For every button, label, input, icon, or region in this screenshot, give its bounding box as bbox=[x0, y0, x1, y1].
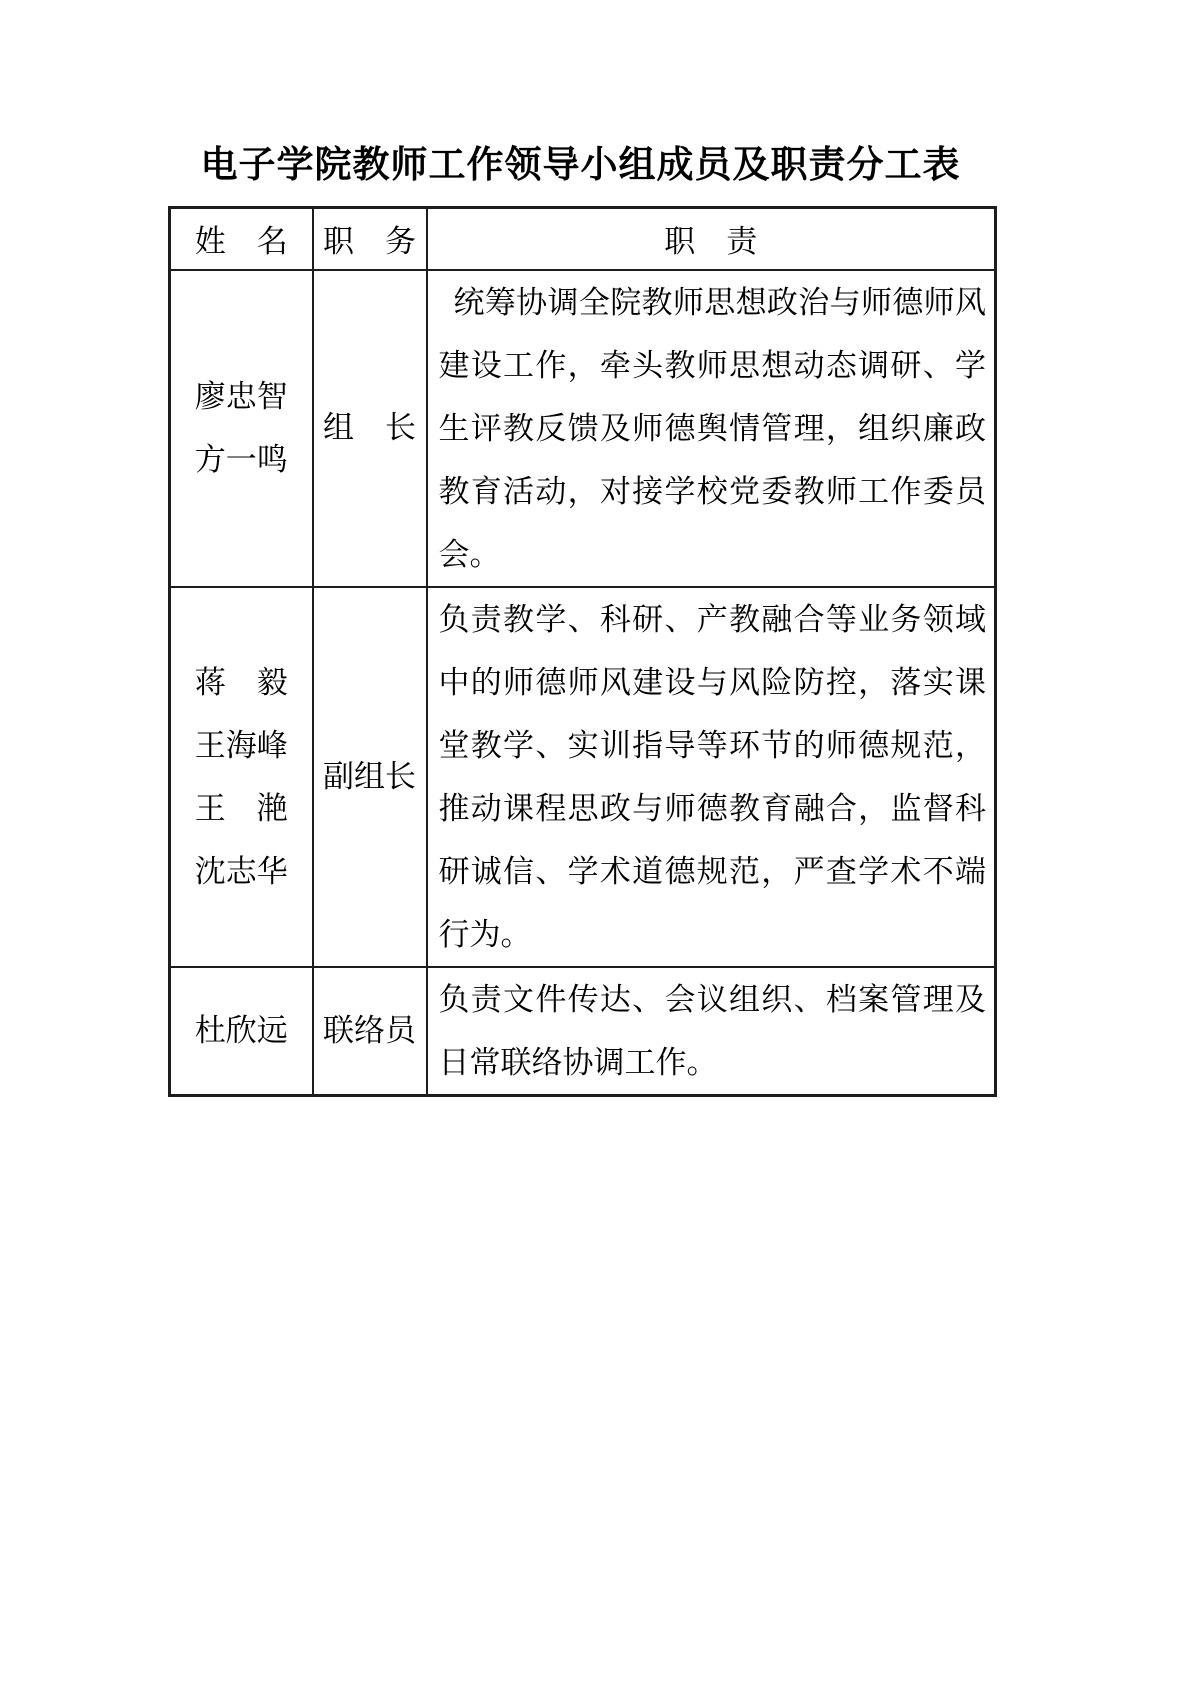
member-names: 廖忠智 方一鸣 bbox=[170, 270, 313, 587]
member-position: 副组长 bbox=[313, 587, 427, 967]
member-name: 方一鸣 bbox=[171, 428, 312, 491]
member-name: 廖忠智 bbox=[171, 365, 312, 428]
document-title: 电子学院教师工作领导小组成员及职责分工表 bbox=[168, 134, 993, 188]
header-cell-name: 姓 名 bbox=[170, 208, 313, 270]
member-names: 蒋 毅 王海峰 王 滟 沈志华 bbox=[170, 587, 313, 967]
member-name: 蒋 毅 bbox=[171, 651, 312, 714]
table-row-deputy: 蒋 毅 王海峰 王 滟 沈志华 副组长 负责教学、科研、产教融合等业务领域中的师… bbox=[170, 587, 996, 967]
member-position: 组 长 bbox=[313, 270, 427, 587]
member-names: 杜欣远 bbox=[170, 967, 313, 1096]
header-cell-duty: 职 责 bbox=[427, 208, 996, 270]
member-name: 杜欣远 bbox=[171, 999, 312, 1062]
document-page: 电子学院教师工作领导小组成员及职责分工表 姓 名 职 务 职 责 廖忠智 方一鸣… bbox=[0, 0, 1191, 1684]
member-duty: 负责文件传达、会议组织、档案管理及日常联络协调工作。 bbox=[427, 967, 996, 1096]
member-duty: 统筹协调全院教师思想政治与师德师风建设工作，牵头教师思想动态调研、学生评教反馈及… bbox=[427, 270, 996, 587]
member-name: 沈志华 bbox=[171, 840, 312, 903]
member-name: 王海峰 bbox=[171, 714, 312, 777]
table-row-liaison: 杜欣远 联络员 负责文件传达、会议组织、档案管理及日常联络协调工作。 bbox=[170, 967, 996, 1096]
member-position: 联络员 bbox=[313, 967, 427, 1096]
leadership-table: 姓 名 职 务 职 责 廖忠智 方一鸣 组 长 统筹协调全院教师思想政治与师德师… bbox=[168, 206, 997, 1097]
header-cell-position: 职 务 bbox=[313, 208, 427, 270]
member-duty: 负责教学、科研、产教融合等业务领域中的师德师风建设与风险防控，落实课堂教学、实训… bbox=[427, 587, 996, 967]
member-name: 王 滟 bbox=[171, 777, 312, 840]
table-row-leader: 廖忠智 方一鸣 组 长 统筹协调全院教师思想政治与师德师风建设工作，牵头教师思想… bbox=[170, 270, 996, 587]
table-header-row: 姓 名 职 务 职 责 bbox=[170, 208, 996, 270]
